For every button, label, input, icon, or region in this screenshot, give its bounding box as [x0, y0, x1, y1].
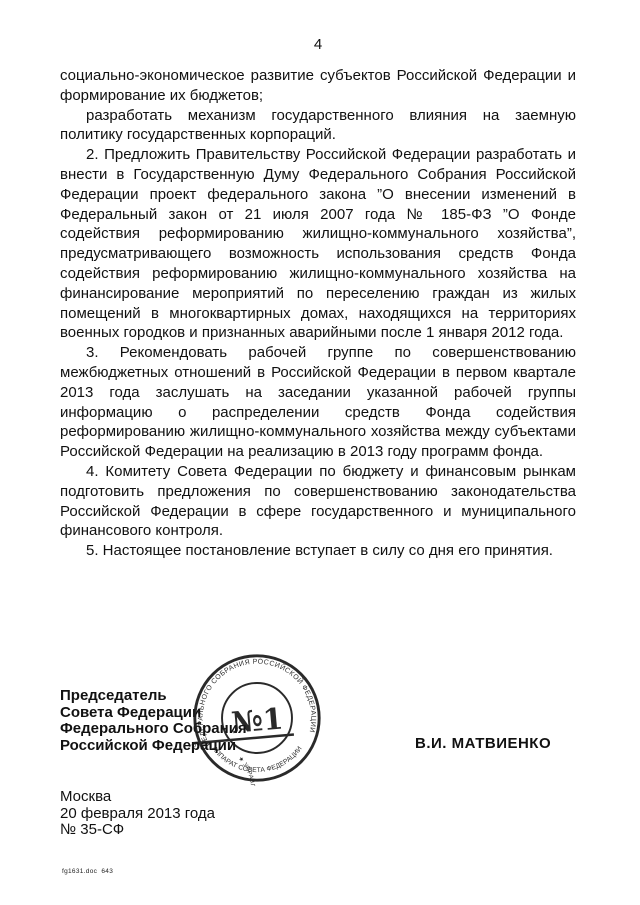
- body-paragraph: 2. Предложить Правительству Российской Ф…: [60, 145, 576, 343]
- document-body: социально-экономическое развитие субъект…: [60, 66, 576, 561]
- dateline: Москва 20 февраля 2013 года № 35-СФ: [60, 789, 215, 839]
- body-paragraph: 4. Комитету Совета Федерации по бюджету …: [60, 462, 576, 541]
- footer-code: fg1631.doc 643: [62, 868, 113, 875]
- dateline-date: 20 февраля 2013 года: [60, 806, 215, 823]
- stamp-center-number: №1: [230, 701, 285, 739]
- dateline-city: Москва: [60, 789, 215, 806]
- body-paragraph: разработать механизм государственного вл…: [60, 106, 576, 146]
- body-paragraph: социально-экономическое развитие субъект…: [60, 66, 576, 106]
- body-paragraph: 3. Рекомендовать рабочей группе по совер…: [60, 343, 576, 462]
- body-paragraph: 5. Настоящее постановление вступает в си…: [60, 541, 576, 561]
- document-page: 4 социально-экономическое развитие субъе…: [0, 0, 640, 905]
- dateline-number: № 35-СФ: [60, 822, 215, 839]
- page-number: 4: [60, 36, 576, 53]
- signatory-name: В.И. МАТВИЕНКО: [415, 735, 551, 752]
- official-stamp: ФЕДЕРАЛЬНОГО СОБРАНИЯ РОССИЙСКОЙ ФЕДЕРАЦ…: [189, 650, 325, 786]
